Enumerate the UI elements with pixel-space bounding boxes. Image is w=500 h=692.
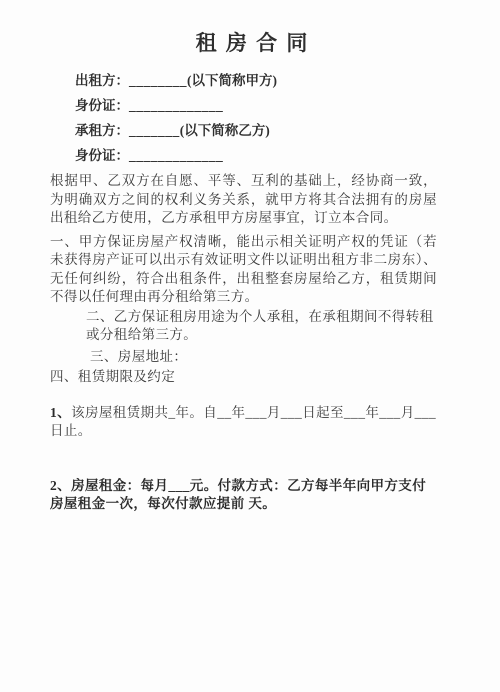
term-2-number: 2、 xyxy=(50,478,71,493)
term-2-text: 房屋租金：每月___元。付款方式：乙方每半年向甲方支付房屋租金一次，每次付款应提… xyxy=(50,478,426,512)
party-row-lessor: 出租方：________(以下简称甲方) xyxy=(75,68,437,93)
lessor-id-label: 身份证： xyxy=(75,98,129,113)
parties-block: 出租方：________(以下简称甲方) 身份证：_____________ 承… xyxy=(50,68,437,168)
term-1-number: 1、 xyxy=(50,405,71,420)
clause-2-paragraph: 二、乙方保证租房用途为个人承租，在承租期间不得转租或分租给第三方。 xyxy=(86,308,437,345)
lessee-id-label: 身份证： xyxy=(75,148,129,163)
lessor-id-blank: _____________ xyxy=(129,98,223,113)
lessee-label: 承租方： xyxy=(75,123,129,138)
term-1-lease-period: 1、该房屋租赁期共_年。自__年___月___日起至___年___月___日止。 xyxy=(50,404,437,441)
party-row-lessor-id: 身份证：_____________ xyxy=(75,93,437,118)
lessee-note: (以下简称乙方) xyxy=(180,123,270,138)
intro-paragraph: 根据甲、乙双方在自愿、平等、互利的基础上，经协商一致，为明确双方之间的权利义务关… xyxy=(50,172,437,228)
contract-page: 租 房 合 同 出租方：________(以下简称甲方) 身份证：_______… xyxy=(0,0,500,692)
lessee-id-blank: _____________ xyxy=(129,148,223,163)
lessor-name-blank: ________ xyxy=(129,73,187,88)
lessee-name-blank: _______ xyxy=(129,123,180,138)
contract-title: 租 房 合 同 xyxy=(68,30,437,56)
clause-4-lease-term-heading: 四、租赁期限及约定 xyxy=(50,368,437,387)
lessor-label: 出租方： xyxy=(75,73,129,88)
party-row-lessee: 承租方：_______(以下简称乙方) xyxy=(75,118,437,143)
lessor-note: (以下简称甲方) xyxy=(187,73,277,88)
term-2-rent-payment: 2、房屋租金：每月___元。付款方式：乙方每半年向甲方支付房屋租金一次，每次付款… xyxy=(50,477,437,514)
clause-3-house-address: 三、房屋地址： xyxy=(90,348,437,367)
term-1-text: 该房屋租赁期共_年。自__年___月___日起至___年___月___日止。 xyxy=(50,405,436,439)
party-row-lessee-id: 身份证：_____________ xyxy=(75,143,437,168)
clause-1-paragraph: 一、甲方保证房屋产权清晰，能出示相关证明产权的凭证（若未获得房产证可以出示有效证… xyxy=(50,233,437,307)
